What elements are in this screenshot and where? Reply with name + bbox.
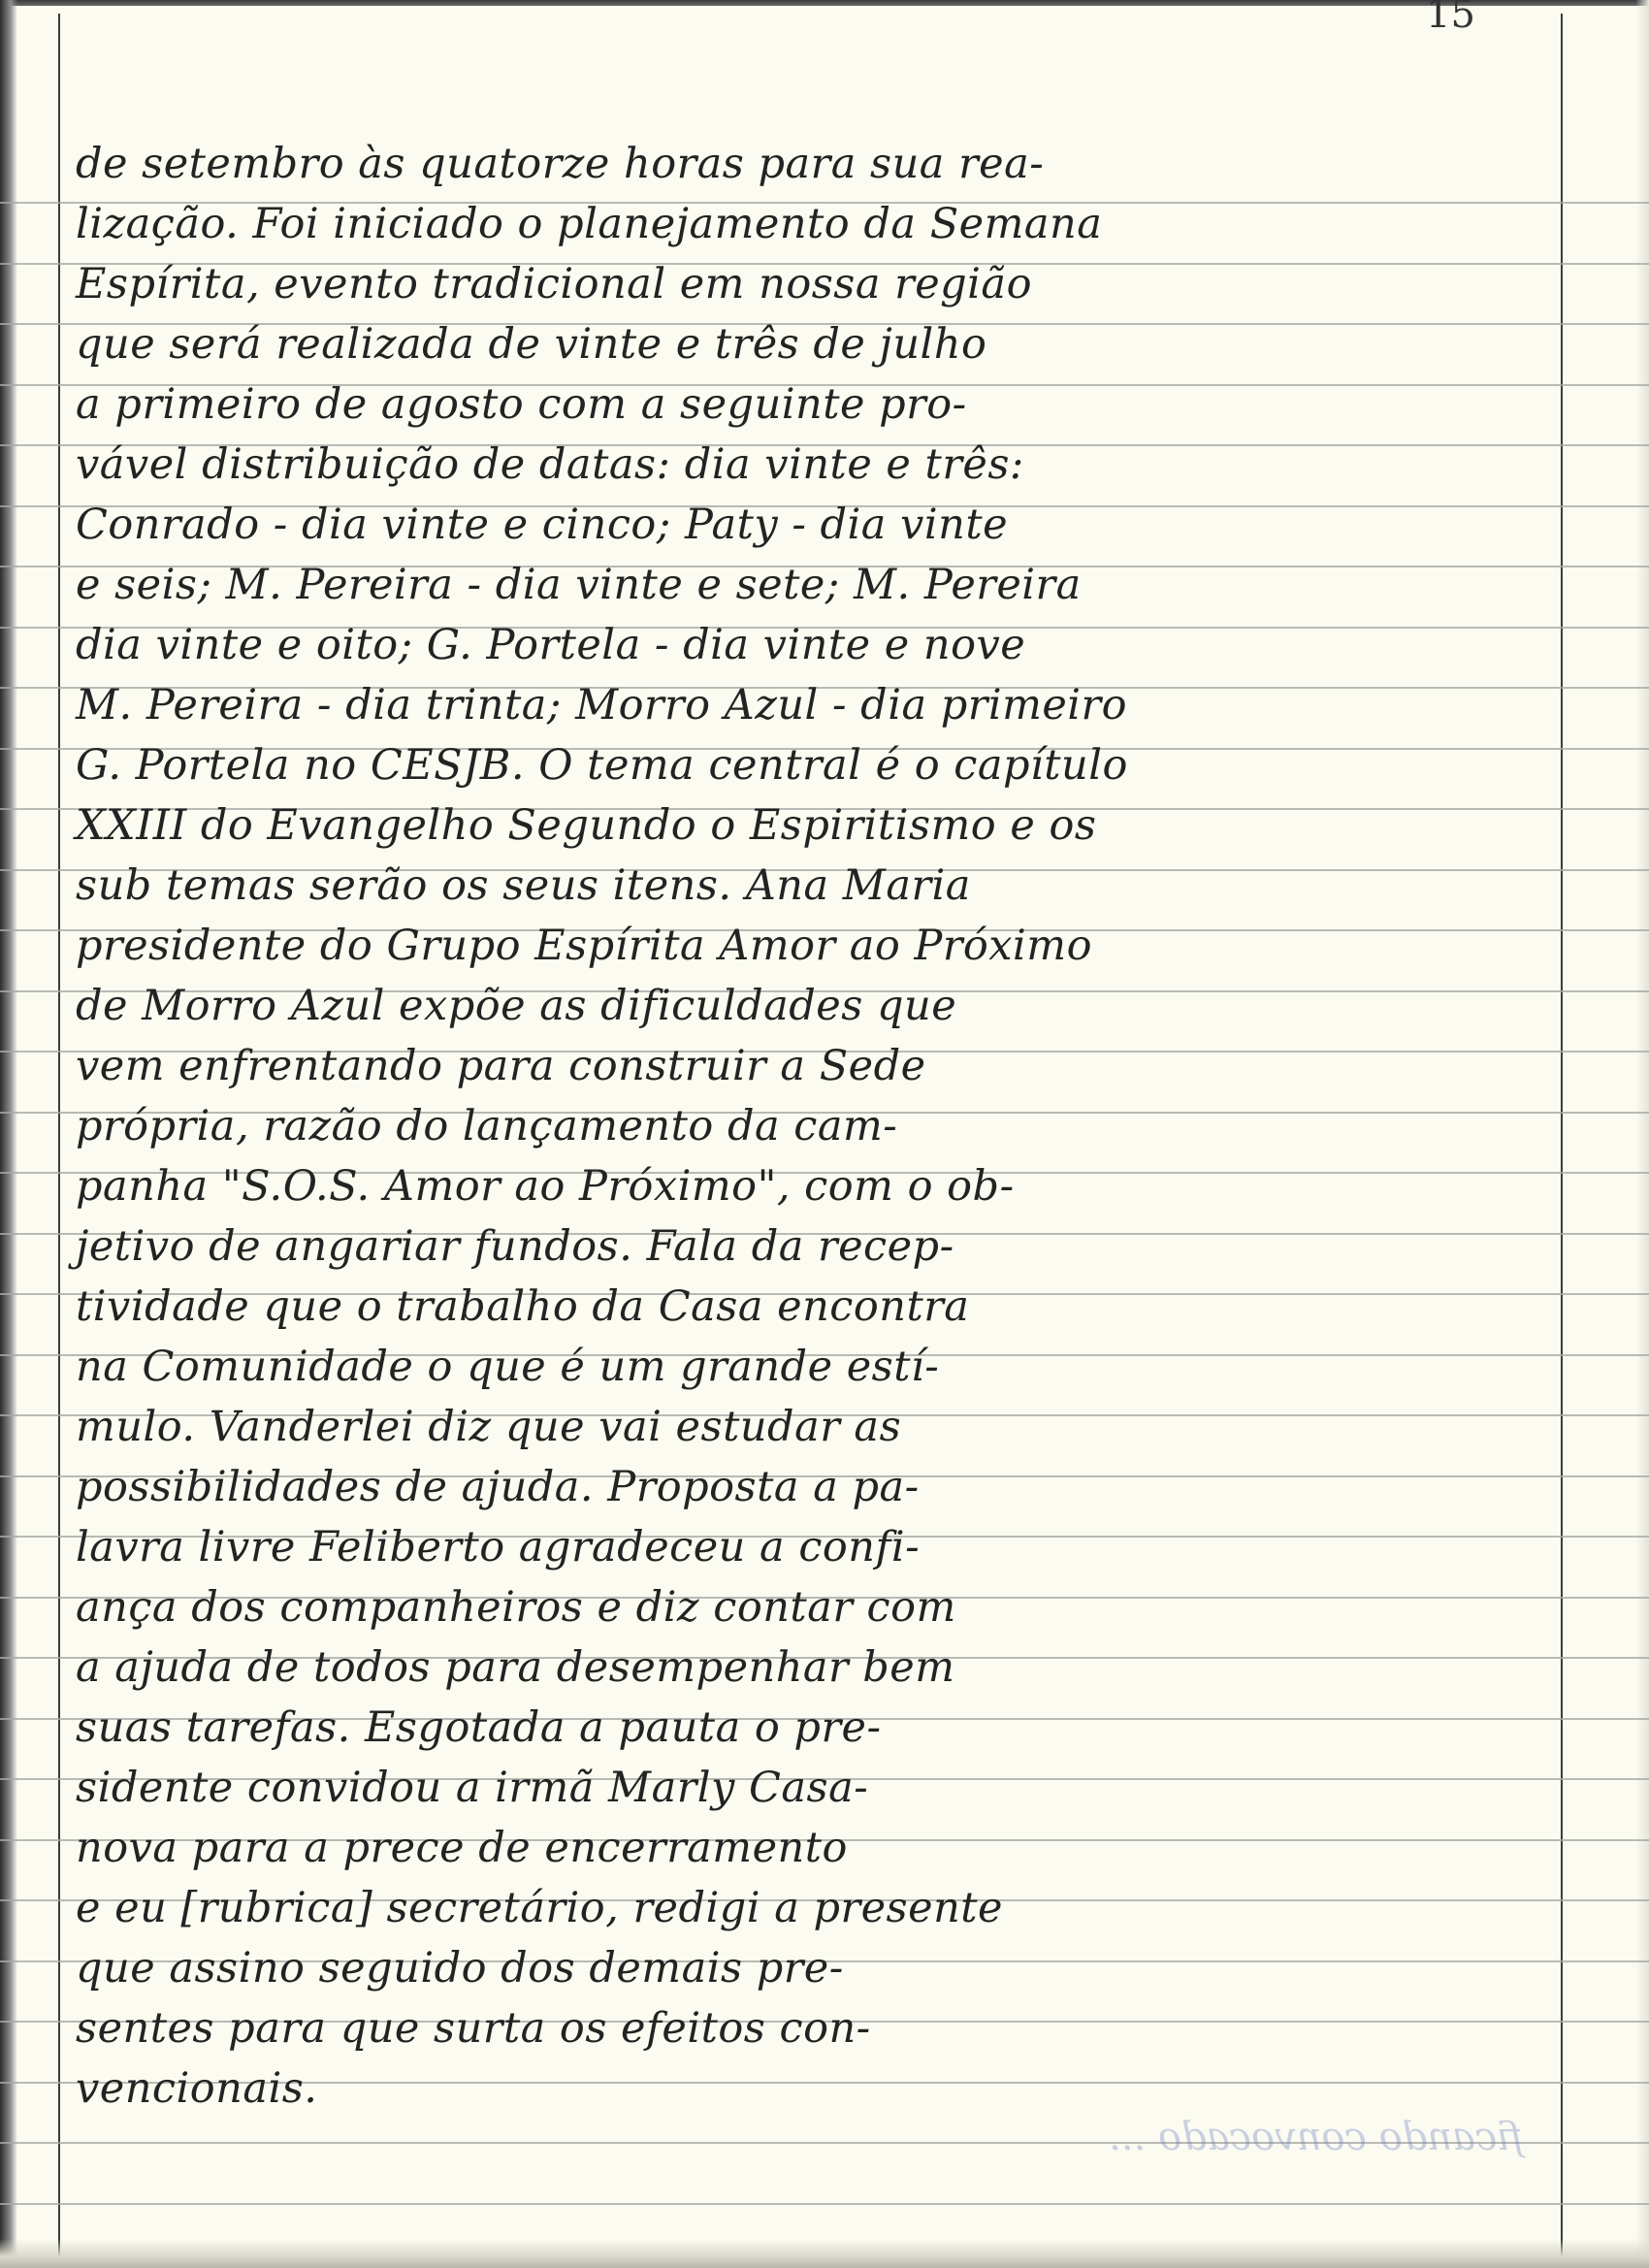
text-line: dia vinte e oito; G. Portela - dia vinte… <box>76 615 1550 675</box>
text-line: Conrado - dia vinte e cinco; Paty - dia … <box>76 495 1550 555</box>
text-line: sidente convidou a irmã Marly Casa- <box>76 1758 1550 1818</box>
right-margin-line <box>1561 14 1563 2268</box>
text-line: possibilidades de ajuda. Proposta a pa- <box>76 1457 1550 1517</box>
text-line: panha "S.O.S. Amor ao Próximo", com o ob… <box>76 1156 1550 1216</box>
scan-shadow-bottom <box>0 2239 1649 2268</box>
text-line: a ajuda de todos para desempenhar bem <box>76 1637 1550 1698</box>
text-line: Espírita, evento tradicional em nossa re… <box>76 254 1550 314</box>
text-line: M. Pereira - dia trinta; Morro Azul - di… <box>76 675 1550 735</box>
text-line: própria, razão do lançamento da cam- <box>76 1096 1550 1156</box>
scan-shadow-left <box>0 0 17 2268</box>
text-line: vável distribuição de datas: dia vinte e… <box>76 435 1550 495</box>
text-line: suas tarefas. Esgotada a pauta o pre- <box>76 1698 1550 1758</box>
scan-edge-top <box>0 0 1649 6</box>
text-line: XXIII do Evangelho Segundo o Espiritismo… <box>76 795 1550 856</box>
text-line: G. Portela no CESJB. O tema central é o … <box>76 735 1550 795</box>
text-line: sentes para que surta os efeitos con- <box>76 1998 1550 2058</box>
text-line: sub temas serão os seus itens. Ana Maria <box>76 856 1550 916</box>
text-line: que será realizada de vinte e três de ju… <box>76 314 1550 374</box>
handwritten-text-body: de setembro às quatorze horas para sua r… <box>76 134 1550 2119</box>
text-line: que assino seguido dos demais pre- <box>76 1938 1550 1998</box>
text-line: vencionais. <box>76 2058 1550 2119</box>
text-line: lização. Foi iniciado o planejamento da … <box>76 194 1550 254</box>
text-line: vem enfrentando para construir a Sede <box>76 1036 1550 1096</box>
text-line: tividade que o trabalho da Casa encontra <box>76 1277 1550 1337</box>
text-line: e eu [rubrica] secretário, redigi a pres… <box>76 1878 1550 1938</box>
ruled-line <box>0 2203 1649 2205</box>
text-line: ança dos companheiros e diz contar com <box>76 1577 1550 1637</box>
text-line: de setembro às quatorze horas para sua r… <box>76 134 1550 194</box>
text-line: de Morro Azul expõe as dificuldades que <box>76 976 1550 1036</box>
left-margin-line <box>58 14 60 2268</box>
scan-edge-right <box>1635 0 1649 2268</box>
page-number: 15 <box>1426 0 1475 37</box>
text-line: presidente do Grupo Espírita Amor ao Pró… <box>76 916 1550 976</box>
text-line: a primeiro de agosto com a seguinte pro- <box>76 374 1550 435</box>
text-line: jetivo de angariar fundos. Fala da recep… <box>76 1216 1550 1277</box>
text-line: e seis; M. Pereira - dia vinte e sete; M… <box>76 555 1550 615</box>
text-line: na Comunidade o que é um grande estí- <box>76 1337 1550 1397</box>
text-line: mulo. Vanderlei diz que vai estudar as <box>76 1397 1550 1457</box>
text-line: nova para a prece de encerramento <box>76 1818 1550 1878</box>
bleed-through-text: ficando convocado ... <box>87 2115 1523 2159</box>
text-line: lavra livre Feliberto agradeceu a confi- <box>76 1517 1550 1577</box>
